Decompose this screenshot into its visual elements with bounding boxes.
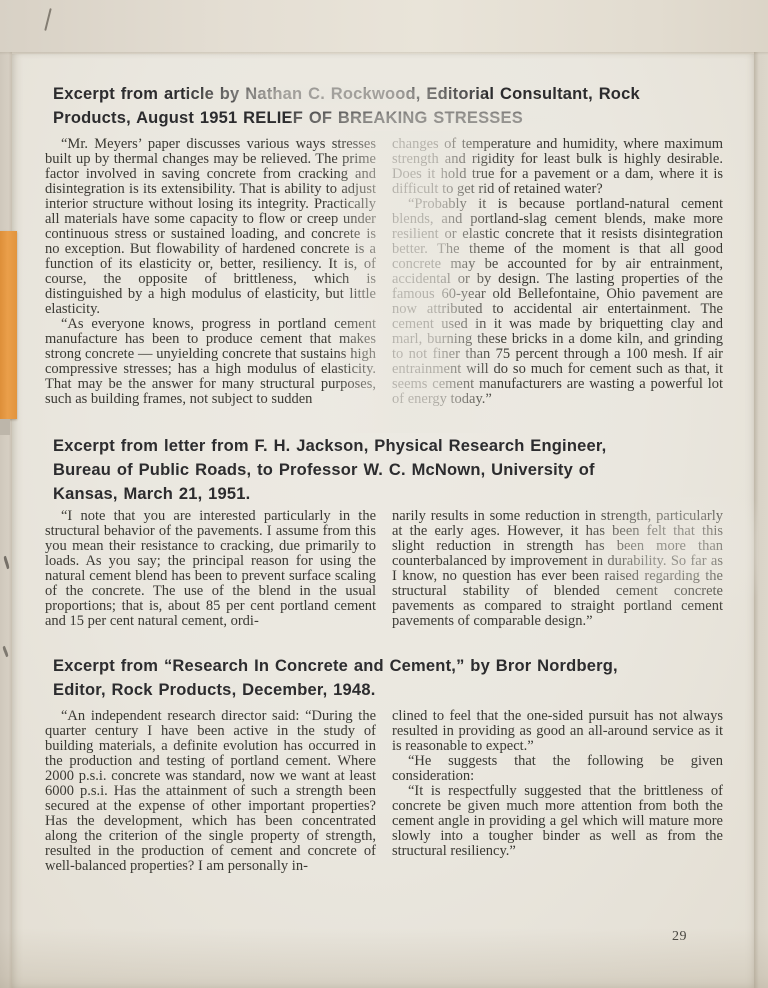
text-column-right: clined to feel that the one-sided pursui…	[392, 709, 723, 874]
text-column-left: “Mr. Meyers’ paper discusses various way…	[45, 137, 376, 407]
paragraph: “It is respectfully suggested that the b…	[392, 784, 723, 859]
paragraph: “He suggests that the following be given…	[392, 754, 723, 784]
paragraph: “An independent research director said: …	[45, 709, 376, 874]
paragraph: narily results in some reduction in stre…	[392, 509, 723, 629]
orange-tab	[0, 231, 17, 419]
paragraph: “I note that you are interested particul…	[45, 509, 376, 629]
paragraph: clined to feel that the one-sided pursui…	[392, 709, 723, 754]
text-column-right: changes of temperature and humidity, whe…	[392, 137, 723, 407]
section-1-body: “Mr. Meyers’ paper discusses various way…	[45, 137, 723, 407]
text-column-right: narily results in some reduction in stre…	[392, 509, 723, 629]
heading-line: Editor, Rock Products, December, 1948.	[53, 678, 743, 702]
gray-tab	[0, 419, 10, 435]
scan-left-edge	[0, 52, 12, 988]
paragraph: changes of temperature and humidity, whe…	[392, 137, 723, 197]
text-column-left: “An independent research director said: …	[45, 709, 376, 874]
heading-line: Kansas, March 21, 1951.	[53, 482, 743, 506]
heading-line: Bureau of Public Roads, to Professor W. …	[53, 458, 743, 482]
text-column-left: “I note that you are interested particul…	[45, 509, 376, 629]
paragraph: “As everyone knows, progress in portland…	[45, 317, 376, 407]
section-3-heading: Excerpt from “Research In Concrete and C…	[53, 654, 743, 702]
scan-right-edge	[754, 52, 768, 988]
heading-line: Products, August 1951 RELIEF OF BREAKING…	[53, 106, 743, 130]
heading-line: Excerpt from letter from F. H. Jackson, …	[53, 434, 743, 458]
heading-line: Excerpt from “Research In Concrete and C…	[53, 654, 743, 678]
section-3-body: “An independent research director said: …	[45, 709, 723, 874]
paragraph: “Probably it is because portland-natural…	[392, 197, 723, 407]
section-2-heading: Excerpt from letter from F. H. Jackson, …	[53, 434, 743, 506]
page-top-seam	[0, 52, 768, 55]
section-1-heading: Excerpt from article by Nathan C. Rockwo…	[53, 82, 743, 130]
page-number: 29	[672, 929, 687, 945]
paragraph: “Mr. Meyers’ paper discusses various way…	[45, 137, 376, 317]
scanned-document-page: Excerpt from article by Nathan C. Rockwo…	[0, 0, 768, 988]
section-2-body: “I note that you are interested particul…	[45, 509, 723, 629]
heading-line: Excerpt from article by Nathan C. Rockwo…	[53, 82, 743, 106]
scan-top-band	[0, 0, 768, 54]
